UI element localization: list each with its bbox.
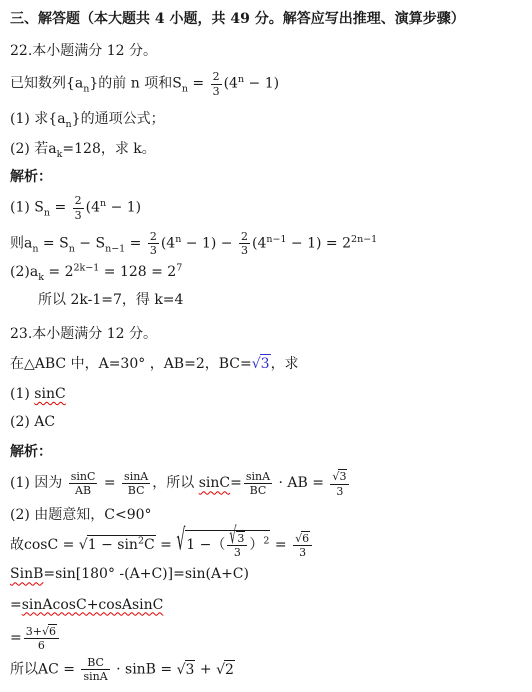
text-run: + — [195, 662, 216, 678]
spellcheck-underlined-text: sinC — [199, 476, 230, 492]
radicand: 6 — [48, 624, 57, 638]
text-run: = — [270, 537, 291, 553]
text-run: (4 — [252, 235, 266, 251]
q22-part1: (1) 求{an}的通项公式； — [10, 110, 524, 128]
text-run: 故cosC = — [10, 537, 79, 553]
radical: √3 — [229, 532, 245, 545]
text-run: = — [10, 630, 22, 646]
text-run: − 1) — [106, 200, 141, 216]
radical: √1 −（√33）2 — [176, 537, 270, 553]
q22-solution-line2: 则an = Sn − Sn−1 = 23(4n − 1) − 23(4n−1 −… — [10, 230, 524, 257]
q22-analysis-label: 解析： — [10, 168, 524, 186]
fraction-numerator: sinA — [122, 470, 150, 483]
fraction-denominator: 3 — [148, 243, 159, 257]
radical: √2 — [216, 662, 235, 678]
radical-sign-icon: √ — [229, 522, 236, 550]
text-run: · AB = — [274, 476, 328, 492]
text-run: = 2 — [44, 264, 74, 280]
fraction-denominator: AB — [69, 483, 98, 497]
fraction-numerator: sinA — [244, 470, 272, 483]
radicand: 2 — [224, 660, 235, 679]
text-run: − S — [75, 235, 105, 251]
text-run: 已知数列{a — [10, 76, 83, 92]
fraction-numerator: 3+√6 — [24, 624, 59, 638]
text-run: = — [230, 476, 242, 492]
fraction-numerator: BC — [81, 656, 109, 669]
fraction-denominator: 3 — [239, 243, 250, 257]
q22-solution-line1: (1) Sn = 23(4n − 1) — [10, 194, 524, 221]
superscript: 7 — [176, 262, 182, 273]
q23-solution-line2: (2) 由题意知，C<90° — [10, 506, 524, 524]
fraction-denominator: 3 — [293, 545, 312, 559]
spellcheck-underlined-text: SinB — [10, 566, 43, 582]
section-header: 三、解答题（本大题共 4 小题，共 49 分。解答应写出推理、演算步骤） — [10, 10, 524, 28]
fraction-numerator: √3 — [330, 469, 349, 483]
q22-given-formula: 已知数列{an}的前 n 项和Sn = 23(4n − 1) — [10, 70, 524, 97]
spellcheck-underlined-text: sinAcosC+cosAsinC — [22, 597, 164, 613]
text-run: (4 — [161, 235, 175, 251]
text-run: 23.本小题满分 12 分。 — [10, 326, 157, 342]
fraction: sinABC — [122, 470, 150, 497]
q22-title: 22.本小题满分 12 分。 — [10, 42, 524, 60]
text-run: = — [188, 76, 209, 92]
text-run: 1 −（ — [186, 537, 225, 553]
text-run: (2)a — [10, 264, 38, 280]
superscript: 2k−1 — [74, 262, 100, 273]
text-run: − 1) − — [181, 235, 237, 251]
fraction: √63 — [293, 531, 312, 559]
fraction: sinCAB — [69, 470, 98, 497]
fraction: 23 — [148, 230, 159, 257]
radicand: 3 — [338, 469, 347, 483]
text-run: (4 — [86, 200, 100, 216]
fraction: BCsinA — [81, 656, 109, 683]
text-run: (1) 因为 — [10, 476, 67, 492]
text-run: }的前 n 项和S — [89, 76, 181, 92]
fraction-numerator: 2 — [211, 70, 222, 83]
text-run: (1) — [10, 386, 34, 402]
q23-analysis-label: 解析： — [10, 443, 524, 461]
fraction-numerator: sinC — [69, 470, 98, 483]
text-run: − 1) = 2 — [286, 235, 351, 251]
text-run: ） — [249, 537, 263, 553]
fraction-denominator: 3 — [211, 84, 222, 98]
q23-given: 在△ABC 中，A=30° ，AB=2，BC=√3，求 — [10, 354, 524, 373]
fraction-denominator: 6 — [24, 638, 59, 652]
q22-solution-line4: 所以 2k-1=7，得 k=4 — [10, 291, 524, 309]
text-run: 在△ABC 中，A=30° ，AB=2，BC= — [10, 356, 252, 372]
q23-solution-line6: =3+√66 — [10, 624, 524, 652]
radicand: 3 — [185, 660, 196, 679]
text-run: (1) S — [10, 200, 44, 216]
radical: √6 — [295, 532, 310, 545]
q23-solution-line5: =sinAcosC+cosAsinC — [10, 596, 524, 614]
text-run: (1) 求{a — [10, 111, 66, 127]
text-run: }的通项公式； — [72, 111, 165, 127]
fraction-numerator: √3 — [227, 531, 247, 545]
fraction: √33 — [330, 469, 349, 497]
text-run: 所以AC = — [10, 662, 79, 678]
text-run: 22.本小题满分 12 分。 — [10, 43, 157, 59]
radical: √6 — [42, 625, 57, 638]
text-run: (2) AC — [10, 414, 55, 430]
text-run: − 1) — [244, 76, 279, 92]
fraction-denominator: BC — [122, 483, 150, 497]
text-run: · sinB = — [112, 662, 177, 678]
text-run: 解析： — [10, 444, 52, 460]
text-run: (2) 由题意知，C<90° — [10, 507, 152, 523]
text-run: (4 — [224, 76, 238, 92]
q22-part2: (2) 若ak=128，求 k。 — [10, 140, 524, 158]
text-run: = — [125, 235, 146, 251]
text-run: = — [156, 537, 177, 553]
text-run: = S — [38, 235, 68, 251]
radical: √3 — [177, 662, 196, 678]
document: 三、解答题（本大题共 4 小题，共 49 分。解答应写出推理、演算步骤） 22.… — [0, 0, 532, 692]
radicand: 3 — [236, 531, 245, 545]
spellcheck-underlined-text: sinC — [34, 386, 65, 402]
fraction-denominator: sinA — [81, 669, 109, 683]
text-run: 所以 2k-1=7，得 k=4 — [38, 292, 183, 308]
radicand: 6 — [301, 531, 310, 545]
section-header-text: 三、解答题（本大题共 4 小题，共 49 分。解答应写出推理、演算步骤） — [10, 11, 465, 27]
q22-solution-line3: (2)ak = 22k−1 = 128 = 27 — [10, 263, 524, 281]
subscript: n−1 — [105, 243, 125, 254]
fraction-denominator: BC — [244, 483, 272, 497]
text-run: =128，求 k。 — [62, 141, 155, 157]
radical: √3 — [252, 356, 271, 372]
q23-solution-line7: 所以AC = BCsinA · sinB = √3 + √2 — [10, 656, 524, 683]
q23-solution-line3: 故cosC = √1 − sin2C = √1 −（√33）2 = √63 — [10, 530, 524, 559]
superscript: n−1 — [266, 234, 286, 245]
text-run: = — [99, 476, 120, 492]
superscript: 2 — [263, 535, 269, 546]
superscript: 2n−1 — [351, 234, 377, 245]
radicand: 1 − sin2C — [87, 535, 156, 554]
fraction: 3+√66 — [24, 624, 59, 652]
fraction-numerator: 2 — [239, 230, 250, 243]
text-run: = — [50, 200, 71, 216]
text-run: ，所以 — [152, 476, 198, 492]
text-run: (2) 若a — [10, 141, 57, 157]
q23-part1: (1) sinC — [10, 385, 524, 403]
fraction: √33 — [227, 531, 247, 559]
radical: √1 − sin2C — [79, 537, 156, 553]
fraction-numerator: 2 — [73, 194, 84, 207]
text-run: = 128 = 2 — [99, 264, 176, 280]
fraction-numerator: 2 — [148, 230, 159, 243]
text-run: ，求 — [271, 356, 299, 372]
q23-title: 23.本小题满分 12 分。 — [10, 325, 524, 343]
text-run: C — [144, 537, 155, 553]
fraction: 23 — [211, 70, 222, 97]
radicand: 3 — [260, 354, 271, 373]
radical: √3 — [332, 470, 347, 483]
text-run: 解析： — [10, 169, 52, 185]
fraction-denominator: 3 — [330, 484, 349, 498]
q23-solution-line1: (1) 因为 sinCAB = sinABC，所以 sinC=sinABC · … — [10, 469, 524, 497]
fraction: 23 — [239, 230, 250, 257]
text-run: 3+ — [26, 625, 42, 638]
text-run: 则a — [10, 235, 32, 251]
fraction-denominator: 3 — [73, 208, 84, 222]
q23-part2: (2) AC — [10, 413, 524, 431]
fraction: sinABC — [244, 470, 272, 497]
radicand: 1 −（√33）2 — [185, 530, 270, 559]
radical-sign-icon: √ — [176, 522, 185, 560]
text-run: =sin[180° -(A+C)]=sin(A+C) — [43, 566, 249, 582]
fraction: 23 — [73, 194, 84, 221]
text-run: 1 − sin — [88, 537, 138, 553]
q23-solution-line4: SinB=sin[180° -(A+C)]=sin(A+C) — [10, 565, 524, 583]
text-run: = — [10, 597, 22, 613]
fraction-numerator: √6 — [293, 531, 312, 545]
